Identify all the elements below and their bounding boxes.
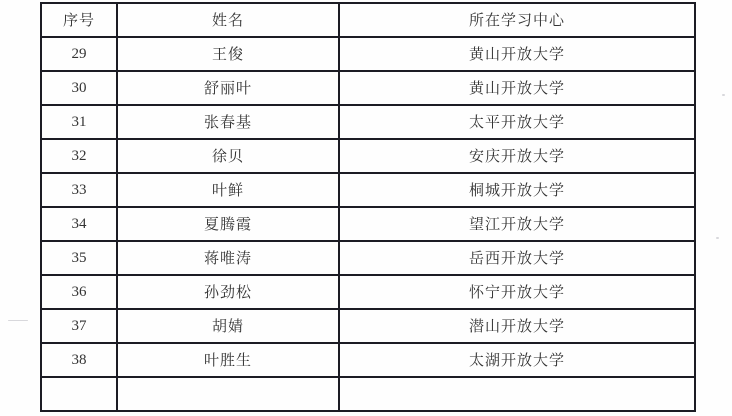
row-name: 徐贝 [117,139,339,173]
row-name: 叶胜生 [117,343,339,377]
table-row: 33 叶鲜 桐城开放大学 [41,173,695,207]
row-center: 太平开放大学 [339,105,695,139]
row-index [41,377,117,411]
row-index: 32 [41,139,117,173]
row-center: 安庆开放大学 [339,139,695,173]
row-center: 岳西开放大学 [339,241,695,275]
header-center: 所在学习中心 [339,3,695,37]
header-name: 姓名 [117,3,339,37]
table-row: 34 夏腾霞 望江开放大学 [41,207,695,241]
table-row: 31 张春基 太平开放大学 [41,105,695,139]
row-index: 33 [41,173,117,207]
row-index: 31 [41,105,117,139]
row-name: 孙劲松 [117,275,339,309]
header-index: 序号 [41,3,117,37]
table-row: 29 王俊 黄山开放大学 [41,37,695,71]
table-row: 36 孙劲松 怀宁开放大学 [41,275,695,309]
row-center: 太湖开放大学 [339,343,695,377]
row-index: 36 [41,275,117,309]
row-center: 黄山开放大学 [339,37,695,71]
row-center: 怀宁开放大学 [339,275,695,309]
row-center [339,377,695,411]
table-row: 32 徐贝 安庆开放大学 [41,139,695,173]
row-name: 王俊 [117,37,339,71]
row-name: 张春基 [117,105,339,139]
row-index: 35 [41,241,117,275]
row-center: 潜山开放大学 [339,309,695,343]
table-row: 37 胡婧 潜山开放大学 [41,309,695,343]
scan-speck [716,237,719,239]
scanned-document-page: 序号 姓名 所在学习中心 29 王俊 黄山开放大学 30 舒丽叶 黄山开放大学 … [0,0,732,416]
row-index: 29 [41,37,117,71]
row-index: 37 [41,309,117,343]
row-center: 望江开放大学 [339,207,695,241]
row-name [117,377,339,411]
row-index: 34 [41,207,117,241]
table-row-partial [41,377,695,411]
row-index: 38 [41,343,117,377]
row-center: 桐城开放大学 [339,173,695,207]
row-name: 叶鲜 [117,173,339,207]
table-row: 38 叶胜生 太湖开放大学 [41,343,695,377]
scan-speck [722,94,725,96]
row-center: 黄山开放大学 [339,71,695,105]
table-header-row: 序号 姓名 所在学习中心 [41,3,695,37]
table-row: 30 舒丽叶 黄山开放大学 [41,71,695,105]
row-name: 夏腾霞 [117,207,339,241]
scan-speck [8,320,28,321]
row-name: 胡婧 [117,309,339,343]
row-index: 30 [41,71,117,105]
student-roster-table: 序号 姓名 所在学习中心 29 王俊 黄山开放大学 30 舒丽叶 黄山开放大学 … [40,2,696,412]
row-name: 蒋唯涛 [117,241,339,275]
row-name: 舒丽叶 [117,71,339,105]
table-row: 35 蒋唯涛 岳西开放大学 [41,241,695,275]
